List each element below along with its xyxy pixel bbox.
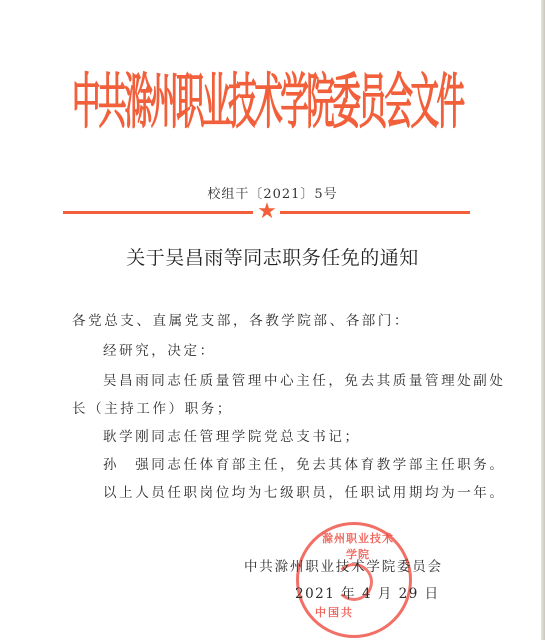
salutation: 各党总支、直属党支部，各教学院部、各部门： xyxy=(72,309,410,329)
signature-date: 2021 年 4 月 29 日 xyxy=(295,582,440,602)
body-line: 孙 强同志任体育部主任，免去其体育教学部主任职务。 xyxy=(103,453,506,473)
star-icon: ★ xyxy=(256,201,278,223)
masthead-title: 中共滁州职业技术学院委员会文件 xyxy=(72,49,442,158)
body-line: 经研究，决定： xyxy=(103,339,216,359)
red-rule-right xyxy=(280,211,470,214)
seal-bottom-text: 中国共 xyxy=(315,604,354,620)
red-rule-left xyxy=(63,211,253,214)
signature-org: 中共滁州职业技术学院委员会 xyxy=(244,555,443,575)
body-line: 长（主持工作）职务； xyxy=(72,397,233,417)
scan-page-edge xyxy=(541,0,545,640)
body-line: 以上人员任职岗位均为七级职员，任职试用期均为一年。 xyxy=(103,481,506,501)
body-line: 吴昌雨同志任质量管理中心主任，免去其质量管理处副处 xyxy=(103,369,506,389)
document-title: 关于吴昌雨等同志职务任免的通知 xyxy=(0,243,545,270)
body-line: 耿学刚同志任管理学院党总支书记； xyxy=(103,425,361,445)
